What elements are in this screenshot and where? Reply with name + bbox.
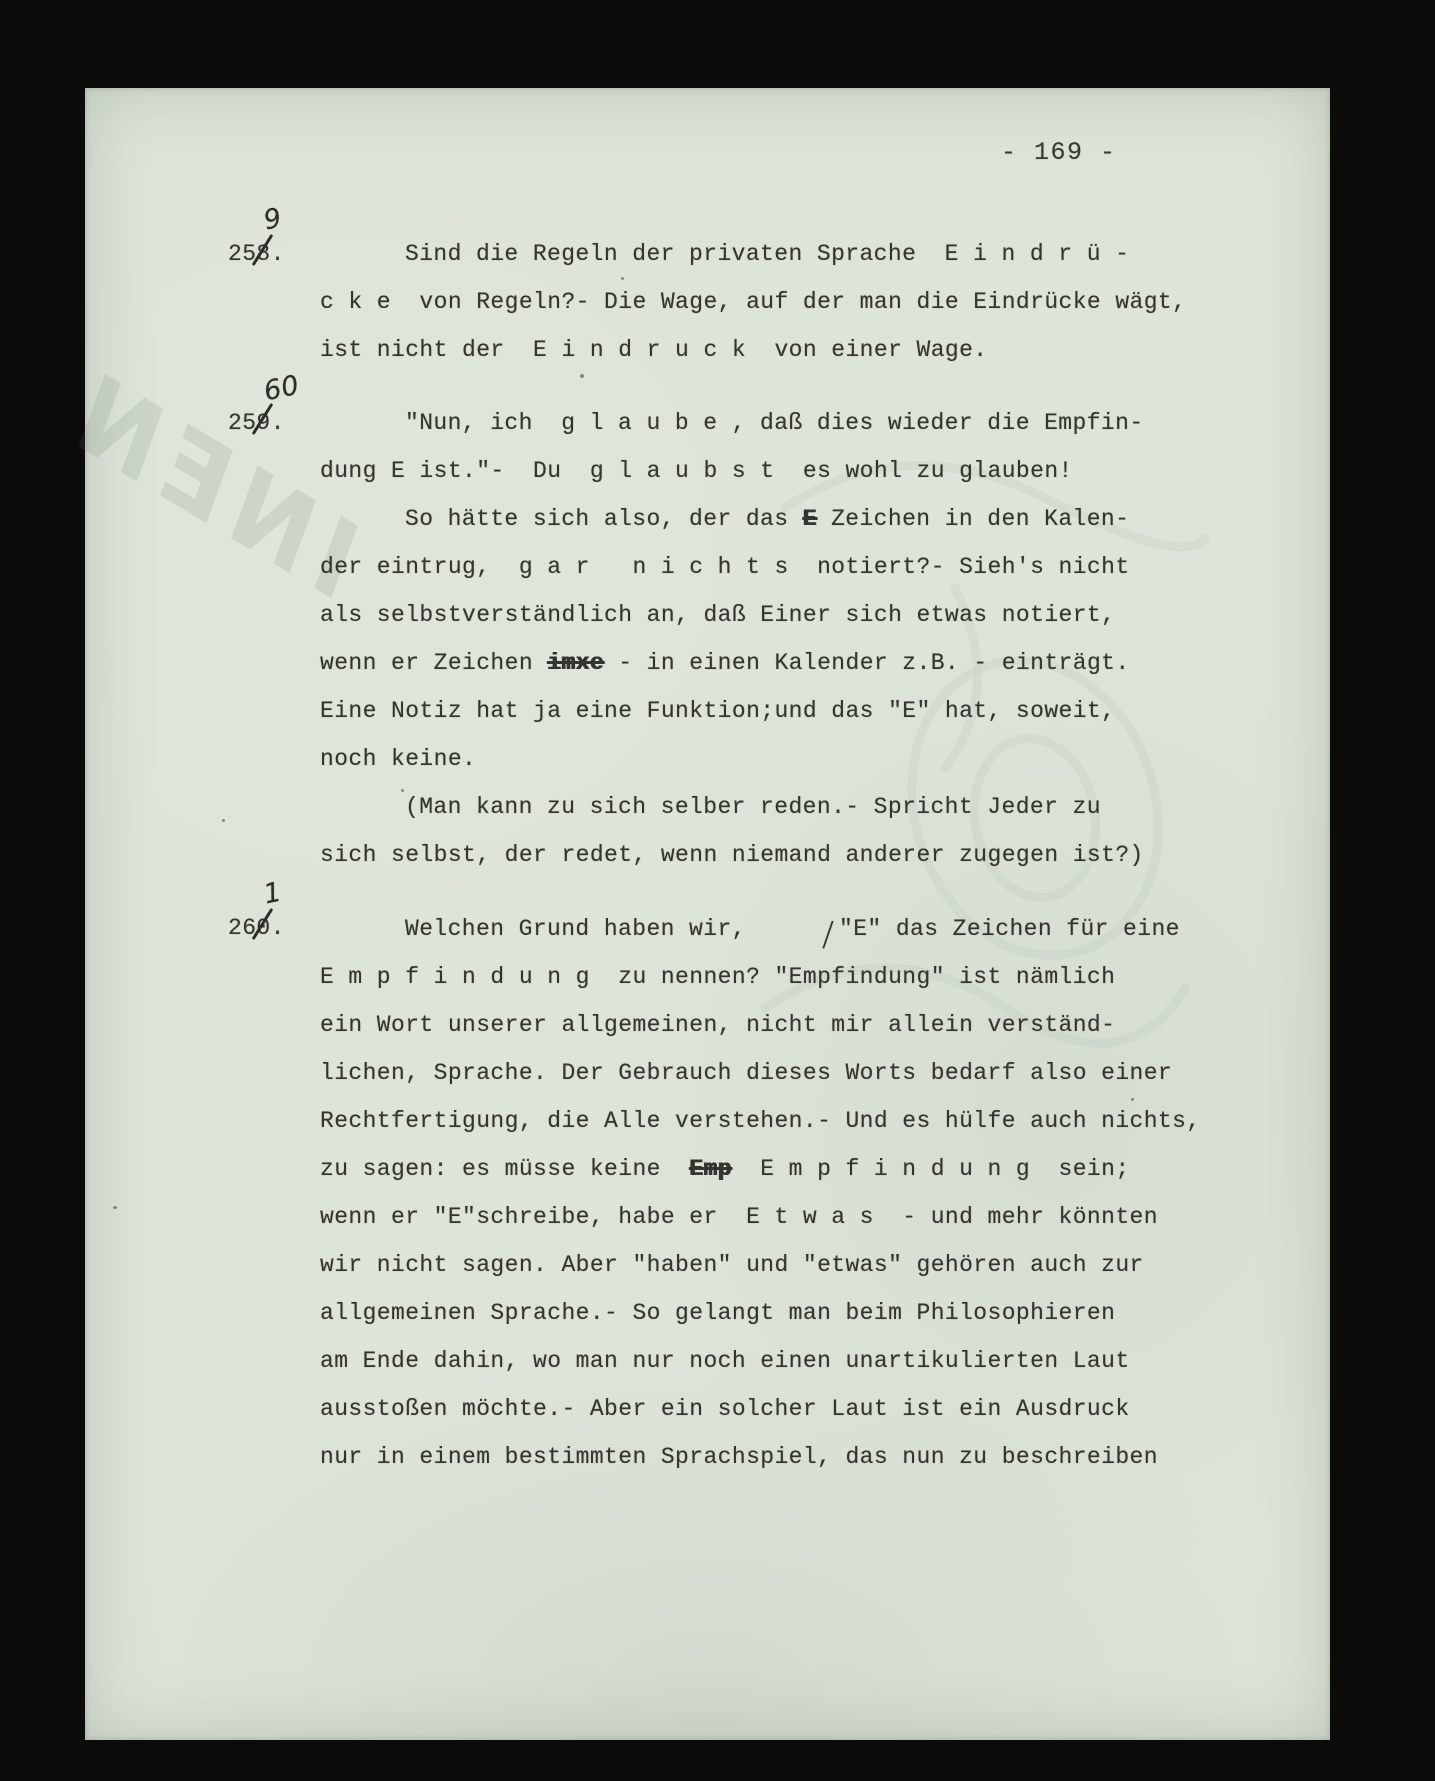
typescript-line: der eintrug, g a r n i c h t s notiert?-…	[320, 543, 1308, 591]
typescript-line: ausstoßen möchte.- Aber ein solcher Laut…	[320, 1385, 1308, 1433]
scan-background: { "page": { "number_display": "- 169 -",…	[0, 0, 1435, 1781]
typescript-line: wir nicht sagen. Aber "haben" und "etwas…	[320, 1241, 1308, 1289]
section-number-period: .	[271, 915, 285, 941]
typescript-line: allgemeinen Sprache.- So gelangt man bei…	[320, 1289, 1308, 1337]
typescript-line: wenn er Zeichen imxe - in einen Kalender…	[320, 639, 1308, 687]
section-number-period: .	[271, 241, 285, 267]
struck-digit: 8	[256, 230, 270, 278]
typescript-line: ist nicht der E i n d r u c k von einer …	[320, 326, 1308, 374]
section-body: Welchen Grund haben wir,/"E" das Zeichen…	[320, 904, 1308, 1481]
sections: 258.9Sind die Regeln der privaten Sprach…	[228, 230, 1308, 1506]
typescript-page: INEN - 169 - 258.9Sind die Regeln der pr…	[85, 88, 1330, 1740]
typescript-line: am Ende dahin, wo man nur noch einen una…	[320, 1337, 1308, 1385]
typescript-line: wenn er "E"schreibe, habe er E t w a s -…	[320, 1193, 1308, 1241]
section-number: 259.60	[228, 399, 285, 447]
typescript-section: 259.60"Nun, ich g l a u b e , daß dies w…	[228, 399, 1308, 879]
section-number: 260.1	[228, 904, 285, 952]
typescript-line: c k e von Regeln?- Die Wage, auf der man…	[320, 278, 1308, 326]
typescript-line: lichen, Sprache. Der Gebrauch dieses Wor…	[320, 1049, 1308, 1097]
typescript-line: noch keine.	[320, 735, 1308, 783]
typescript-line: Rechtfertigung, die Alle verstehen.- Und…	[320, 1097, 1308, 1145]
typed-over-strikeout: imxe	[547, 650, 604, 676]
section-body: "Nun, ich g l a u b e , daß dies wieder …	[320, 399, 1308, 879]
page-number: - 169 -	[1001, 138, 1117, 167]
typed-over-strikeout: E	[803, 506, 817, 532]
struck-digit: 0	[256, 904, 270, 952]
typescript-line: als selbstverständlich an, daß Einer sic…	[320, 591, 1308, 639]
typescript-line: zu sagen: es müsse keine Emp E m p f i n…	[320, 1145, 1308, 1193]
typescript-line: So hätte sich also, der das E Zeichen in…	[320, 495, 1308, 543]
typescript-line: nur in einem bestimmten Sprachspiel, das…	[320, 1433, 1308, 1481]
typescript-line: "Nun, ich g l a u b e , daß dies wieder …	[320, 399, 1308, 447]
typescript-line: Sind die Regeln der privaten Sprache E i…	[320, 230, 1308, 278]
dust-speck	[113, 1206, 117, 1209]
section-number-period: .	[271, 410, 285, 436]
handwritten-correction: 60	[262, 372, 302, 406]
section-number: 258.9	[228, 230, 285, 278]
section-body: Sind die Regeln der privaten Sprache E i…	[320, 230, 1308, 374]
typescript-line: (Man kann zu sich selber reden.- Spricht…	[320, 783, 1308, 831]
typescript-line: Eine Notiz hat ja eine Funktion;und das …	[320, 687, 1308, 735]
typescript-line: sich selbst, der redet, wenn niemand and…	[320, 831, 1308, 879]
handwritten-insertion: /	[747, 888, 836, 972]
dust-speck	[222, 819, 225, 822]
typescript-line: Welchen Grund haben wir,/"E" das Zeichen…	[320, 904, 1308, 953]
typescript-section: 260.1Welchen Grund haben wir,/"E" das Ze…	[228, 904, 1308, 1481]
typescript-section: 258.9Sind die Regeln der privaten Sprach…	[228, 230, 1308, 374]
typescript-line: dung E ist."- Du g l a u b s t es wohl z…	[320, 447, 1308, 495]
typescript-line: ein Wort unserer allgemeinen, nicht mir …	[320, 1001, 1308, 1049]
typed-over-strikeout: Emp	[689, 1156, 732, 1182]
